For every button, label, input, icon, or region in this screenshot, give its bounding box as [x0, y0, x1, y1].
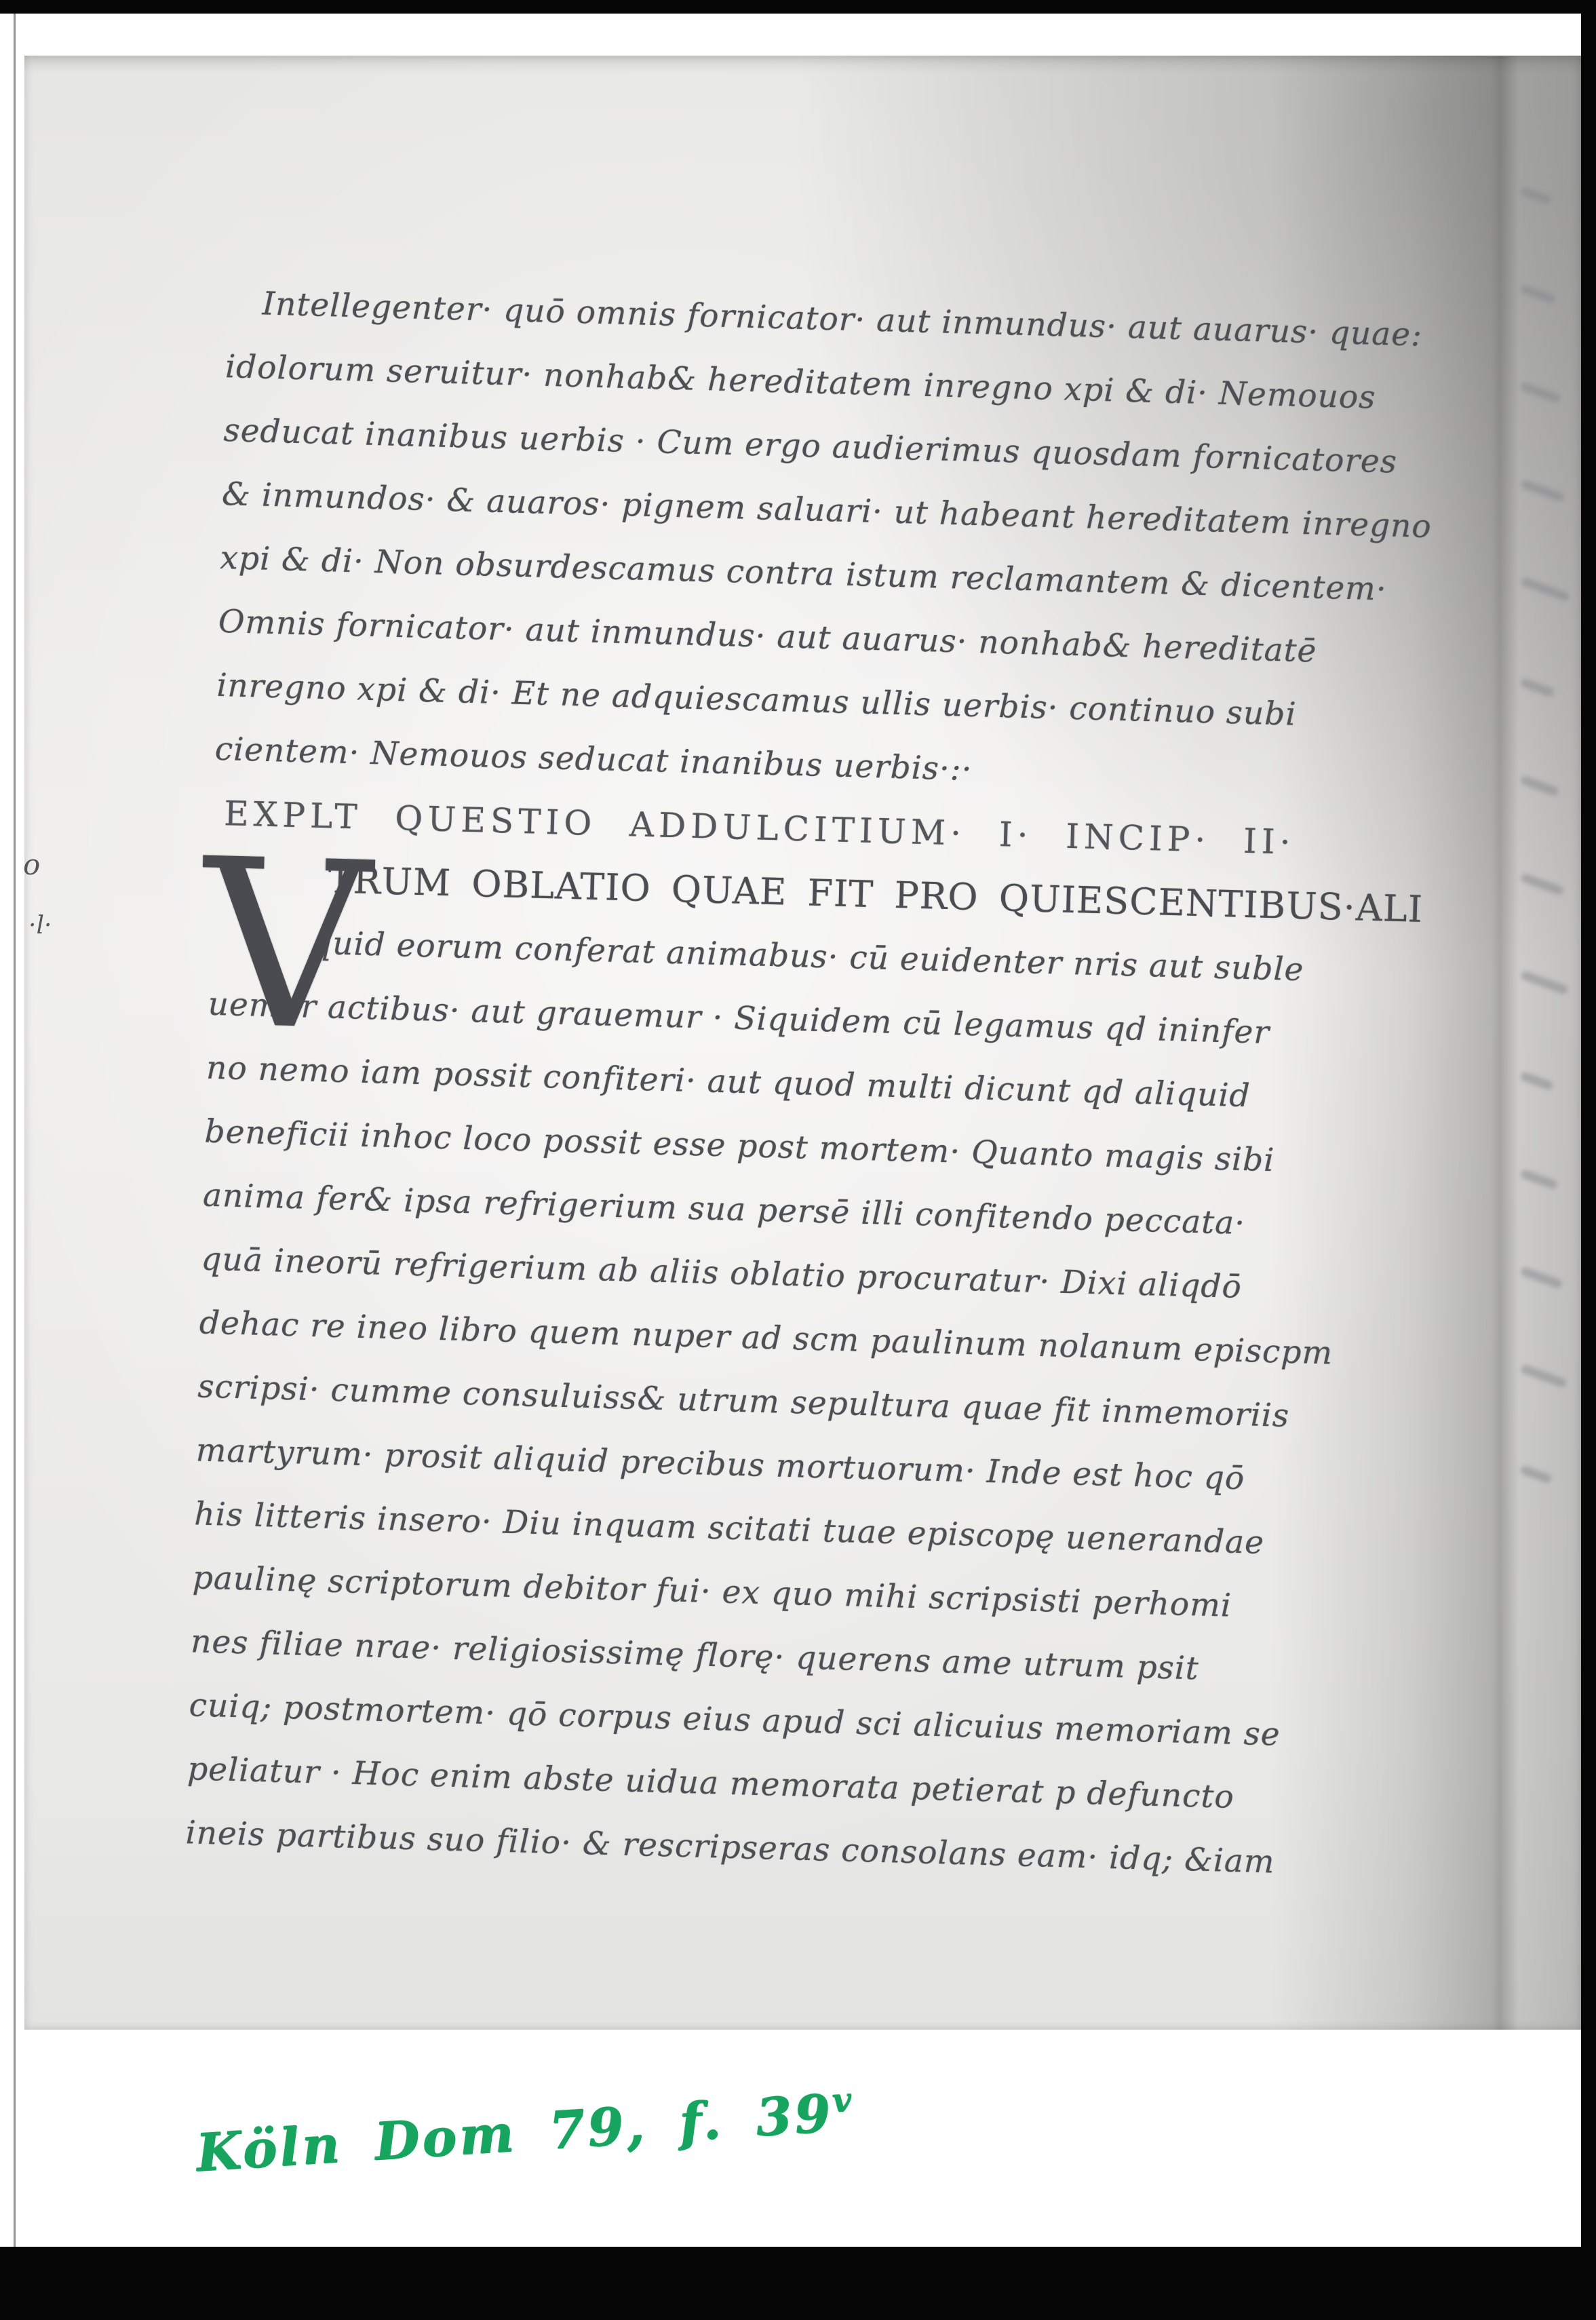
- script-fragment: [1520, 775, 1560, 796]
- script-fragment: [1519, 1071, 1553, 1091]
- frame-top: [0, 0, 1596, 14]
- shelfmark-annotation: Köln Dom 79, f. 39v: [194, 2081, 856, 2183]
- margin-mark: ·l·: [28, 912, 52, 940]
- script-fragment: [1519, 1465, 1553, 1484]
- script-fragment: [1520, 577, 1570, 602]
- shelfmark-text: Köln Dom 79, f. 39: [194, 2083, 834, 2183]
- script-fragment: [1520, 479, 1565, 503]
- frame-bottom: [0, 2247, 1596, 2320]
- script-fragment: [1520, 1364, 1568, 1388]
- script-fragment: [1519, 678, 1555, 698]
- photo-left-edge: [14, 14, 16, 2247]
- script-fragment: [1520, 381, 1561, 404]
- script-fragment: [1519, 187, 1552, 206]
- script-fragment: [1520, 970, 1569, 995]
- decorated-initial: V: [200, 838, 372, 1054]
- margin-mark: o: [23, 848, 40, 881]
- script-fragment: [1519, 1169, 1558, 1190]
- manuscript-photo: o ·l· V Intellegenter· quō omnis fornica…: [24, 56, 1581, 2030]
- script-fragment: [1520, 872, 1565, 895]
- text-block: V Intellegenter· quō omnis fornicator· a…: [184, 271, 1435, 1897]
- mounted-photograph: o ·l· V Intellegenter· quō omnis fornica…: [0, 0, 1596, 2320]
- frame-right: [1581, 0, 1596, 2320]
- script-fragment: [1519, 284, 1556, 304]
- facing-page-script-fragments: [1515, 191, 1576, 1928]
- shelfmark-superscript: v: [831, 2081, 855, 2120]
- script-fragment: [1520, 1267, 1563, 1290]
